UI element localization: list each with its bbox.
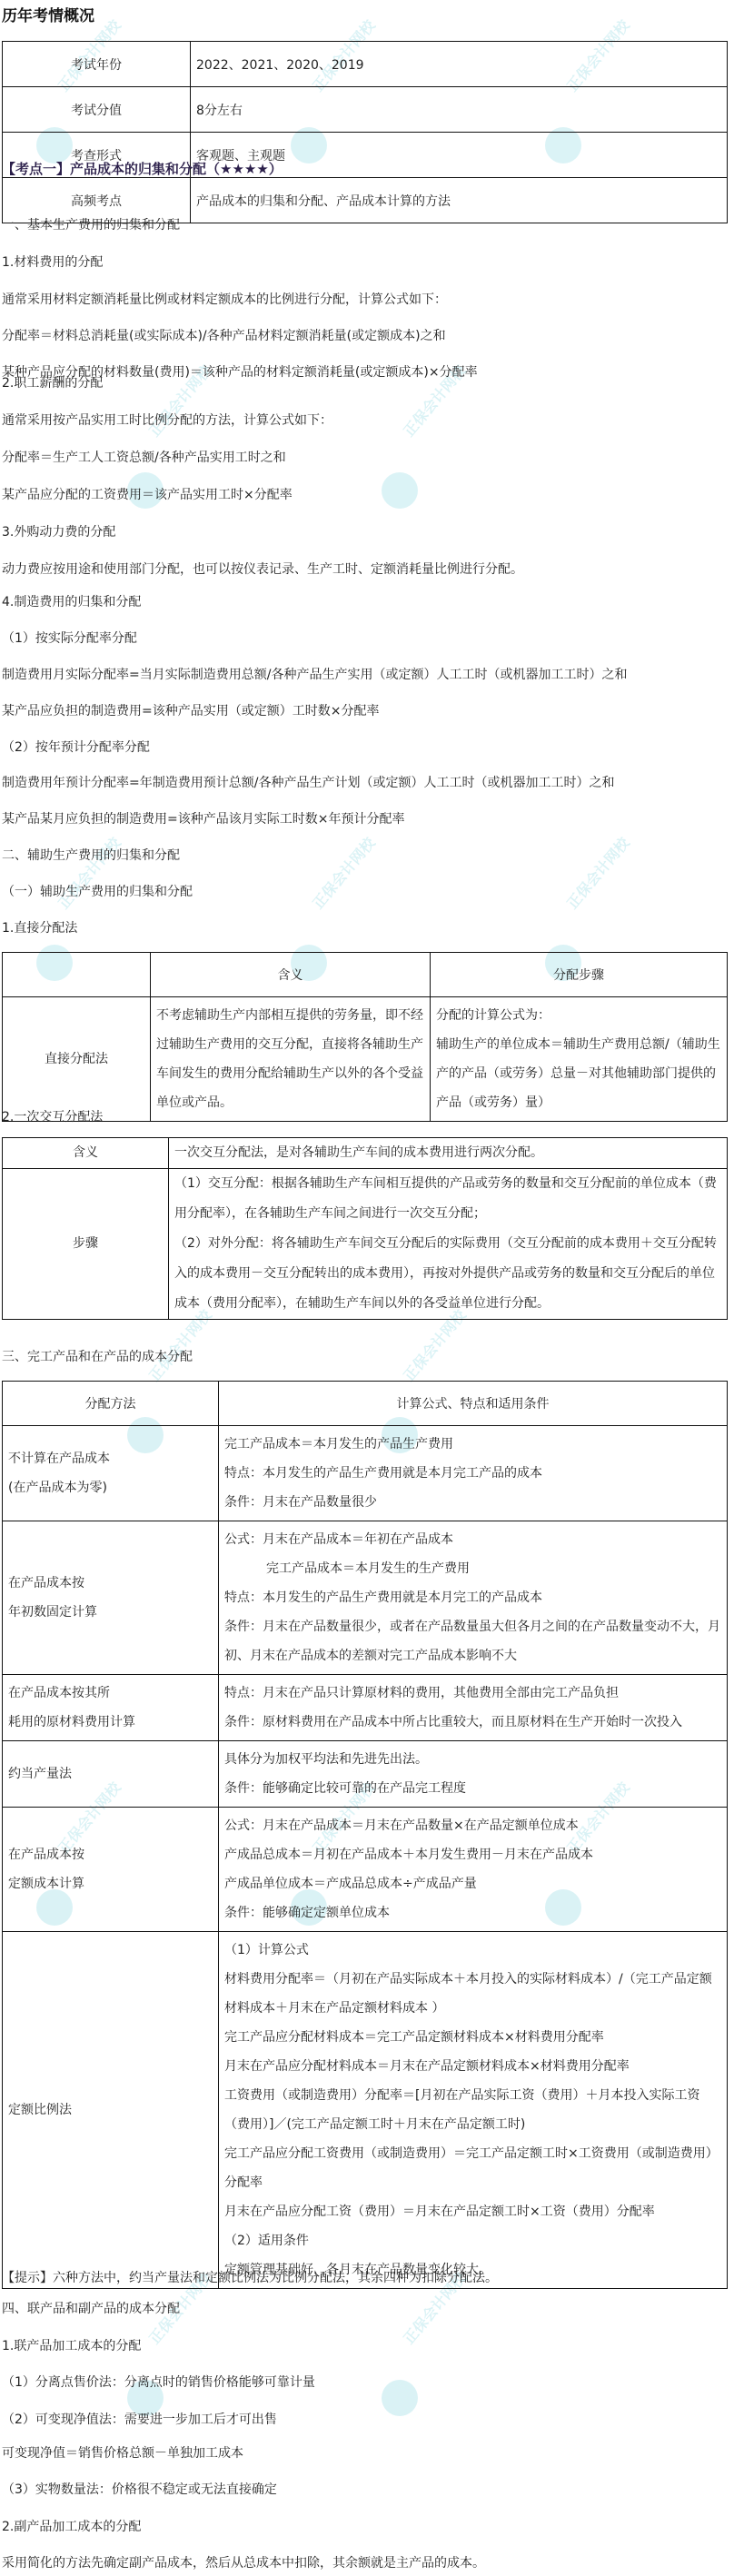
steps-line: 分配的计算公式为： [436,1001,721,1030]
paragraph: 通常采用材料定额消耗量比例或材料定额成本的比例进行分配，计算公式如下： [2,291,447,309]
overview-table: 考试年份 2022、2021、2020、2019 考试分值 8分左右 考查形式 … [2,41,728,223]
steps-line: （1）交互分配：根据各辅助生产车间相互提供的产品或劳务的数量和交互分配前的单位成… [174,1169,721,1229]
detail-line: 公式：月末在产品成本＝月末在产品数量×在产品定额单位成本 [224,1811,721,1840]
row-label: 步骤 [3,1169,169,1320]
details-cell: 公式：月末在产品成本＝年初在产品成本 完工产品成本＝本月发生的生产费用 特点：本… [219,1521,728,1675]
details-cell: 特点：月末在产品只计算原材料的费用，其他费用全部由完工产品负担 条件：原材料费用… [219,1675,728,1741]
table-row: 定额比例法 （1）计算公式 材料费用分配率＝（月初在产品实际成本＋本月投入的实际… [3,1932,728,2289]
subsection-heading: 1.材料费用的分配 [2,253,103,272]
column-header: 分配步骤 [431,953,728,997]
method-cell: 约当产量法 [3,1741,219,1808]
detail-line: 具体分为加权平均法和先进先出法。 [224,1745,721,1774]
direct-allocation-table: 含义 分配步骤 直接分配法 不考虑辅助生产内部相互提供的劳务量，即不经过辅助生产… [2,952,728,1122]
detail-line: 条件：能够确定比较可靠的在产品完工程度 [224,1774,721,1803]
table-row: 直接分配法 不考虑辅助生产内部相互提供的劳务量，即不经过辅助生产费用的交互分配，… [3,997,728,1122]
paragraph: （2）按年预计分配率分配 [2,738,150,757]
method-line: 耗用的原材料费用计算 [8,1708,213,1737]
detail-line: 条件：能够确定定额单位成本 [224,1898,721,1927]
table-row: 在产品成本按 年初数固定计算 公式：月末在产品成本＝年初在产品成本 完工产品成本… [3,1521,728,1675]
paragraph: （2）可变现净值法：需要进一步加工后才可出售 [2,2411,277,2429]
formula-line: 分配率＝生产工人工资总额/各种产品实用工时之和 [2,449,286,467]
detail-line: 特点：本月发生的产品生产费用就是本月完工产品的成本 [224,1459,721,1488]
method-line: 在产品成本按其所 [8,1679,213,1708]
table-row: 在产品成本按 定额成本计算 公式：月末在产品成本＝月末在产品数量×在产品定额单位… [3,1808,728,1932]
steps-line: 辅助生产的单位成本＝辅助生产费用总额/（辅助生产的产品（或劳务）总量－对其他辅助… [436,1030,721,1117]
detail-line: 特点：月末在产品只计算原材料的费用，其他费用全部由完工产品负担 [224,1679,721,1708]
formula-line: 某产品某月应负担的制造费用=该种产品该月实际工时数×年预计分配率 [2,810,404,828]
method-cell: 不计算在产品成本 (在产品成本为零) [3,1426,219,1521]
column-header: 含义 [151,953,431,997]
row-label: 直接分配法 [3,997,151,1122]
method-line: 在产品成本按 [8,1840,213,1869]
section-heading: 二、辅助生产费用的归集和分配 [2,847,180,865]
subsection-heading: 1.直接分配法 [2,919,77,937]
detail-line: 条件：月末在产品数量很少，或者在产品数量虽大但各月之间的在产品数量变动不大，月初… [224,1612,721,1670]
subsection-heading: 2.职工薪酬的分配 [2,374,103,392]
method-line: 定额比例法 [8,2095,213,2125]
method-line: (在产品成本为零) [8,1473,213,1502]
detail-line: 月末在产品应分配材料成本＝月末在产品定额材料成本×材料费用分配率 [224,2052,721,2081]
section-heading: 三、完工产品和在产品的成本分配 [2,1348,193,1366]
watermark-logo-icon: 正保会计网校 [382,2325,481,2425]
table-header-row: 含义 分配步骤 [3,953,728,997]
detail-line: 公式：月末在产品成本＝年初在产品成本 [224,1525,721,1554]
detail-line: （1）计算公式 [224,1936,721,1965]
detail-line: 工资费用（或制造费用）分配率＝[月初在产品实际工资（费用）＋月本投入实际工资（费… [224,2081,721,2139]
detail-line: 完工产品应分配工资费用（或制造费用）＝完工产品定额工时×工资费用（或制造费用）分… [224,2139,721,2197]
detail-line: （2）适用条件 [224,2226,721,2255]
row-label: 含义 [3,1138,169,1169]
paragraph: （1）按实际分配率分配 [2,629,137,648]
paragraph: 采用简化的方法先确定副产品成本，然后从总成本中扣除，其余额就是主产品的成本。 [2,2554,485,2572]
subsection-heading: 2.一次交互分配法 [2,1108,103,1126]
overview-key: 考试分值 [3,87,191,133]
method-line: 定额成本计算 [8,1869,213,1898]
paragraph: 动力费应按用途和使用部门分配，也可以按仪表记录、生产工时、定额消耗量比例进行分配… [2,560,523,579]
formula-line: 制造费用年预计分配率=年制造费用预计总额/各种产品生产计划（或定额）人工工时（或… [2,774,614,792]
meaning-cell: 不考虑辅助生产内部相互提供的劳务量，即不经过辅助生产费用的交互分配，直接将各辅助… [151,997,431,1122]
subsection-heading: 2.副产品加工成本的分配 [2,2518,141,2536]
paragraph: （3）实物数量法：价格很不稳定或无法直接确定 [2,2481,277,2499]
detail-line: 月末在产品应分配工资（费用）＝月末在产品定额工时×工资（费用）分配率 [224,2197,721,2226]
table-row: 含义 一次交互分配法，是对各辅助生产车间的成本费用进行两次分配。 [3,1138,728,1169]
table-header-row: 分配方法 计算公式、特点和适用条件 [3,1382,728,1426]
formula-line: 分配率＝材料总消耗量(或实际成本)/各种产品材料定额消耗量(或定额成本)之和 [2,327,446,345]
method-cell: 定额比例法 [3,1932,219,2289]
details-cell: 具体分为加权平均法和先进先出法。 条件：能够确定比较可靠的在产品完工程度 [219,1741,728,1808]
column-header [3,953,151,997]
column-header: 计算公式、特点和适用条件 [219,1382,728,1426]
table-row: 约当产量法 具体分为加权平均法和先进先出法。 条件：能够确定比较可靠的在产品完工… [3,1741,728,1808]
section-heading: 四、联产品和副产品的成本分配 [2,2300,180,2318]
steps-cell: （1）交互分配：根据各辅助生产车间相互提供的产品或劳务的数量和交互分配前的单位成… [169,1169,728,1320]
formula-line: 可变现净值＝销售价格总额－单独加工成本 [2,2444,243,2462]
details-cell: 完工产品成本＝本月发生的产品生产费用 特点：本月发生的产品生产费用就是本月完工产… [219,1426,728,1521]
overview-value: 2022、2021、2020、2019 [191,42,728,87]
details-cell: （1）计算公式 材料费用分配率＝（月初在产品实际成本＋本月投入的实际材料成本）/… [219,1932,728,2289]
detail-line: 产成品单位成本＝产成品总成本÷产成品产量 [224,1869,721,1898]
detail-line: 完工产品应分配材料成本＝完工产品定额材料成本×材料费用分配率 [224,2023,721,2052]
formula-line: 某产品应负担的制造费用=该种产品实用（或定额）工时数×分配率 [2,702,379,720]
document-page: 正保会计网校 正保会计网校 正保会计网校 正保会计网校 正保会计网校 正保会计网… [0,0,734,2576]
method-cell: 在产品成本按 年初数固定计算 [3,1521,219,1675]
method-line: 年初数固定计算 [8,1598,213,1627]
subsection-heading: 1.联产品加工成本的分配 [2,2337,141,2355]
steps-cell: 分配的计算公式为： 辅助生产的单位成本＝辅助生产费用总额/（辅助生产的产品（或劳… [431,997,728,1122]
formula-line: 制造费用月实际分配率=当月实际制造费用总额/各种产品生产实用（或定额）人工工时（… [2,666,627,684]
overview-value: 8分左右 [191,87,728,133]
column-header: 分配方法 [3,1382,219,1426]
page-title: 历年考情概况 [2,5,94,27]
cost-allocation-methods-table: 分配方法 计算公式、特点和适用条件 不计算在产品成本 (在产品成本为零) 完工产… [2,1381,728,2289]
method-line: 在产品成本按 [8,1569,213,1598]
detail-line: 完工产品成本＝本月发生的产品生产费用 [224,1430,721,1459]
method-line: 不计算在产品成本 [8,1444,213,1473]
one-time-allocation-table: 含义 一次交互分配法，是对各辅助生产车间的成本费用进行两次分配。 步骤 （1）交… [2,1137,728,1320]
key-point-heading: 【考点一】产品成本的归集和分配（★★★★） [2,159,283,179]
subsection-heading: 4.制造费用的归集和分配 [2,593,141,611]
method-cell: 在产品成本按其所 耗用的原材料费用计算 [3,1675,219,1741]
detail-line: 材料费用分配率＝（月初在产品实际成本＋本月投入的实际材料成本）/（完工产品定额材… [224,1965,721,2023]
paragraph: 通常采用按产品实用工时比例分配的方法，计算公式如下： [2,411,332,430]
paragraph: （1）分离点售价法：分离点时的销售价格能够可靠计量 [2,2373,315,2392]
details-cell: 公式：月末在产品成本＝月末在产品数量×在产品定额单位成本 产成品总成本＝月初在产… [219,1808,728,1932]
method-line: 约当产量法 [8,1759,213,1788]
subsection-heading: 3.外购动力费的分配 [2,523,115,541]
meaning-cell: 一次交互分配法，是对各辅助生产车间的成本费用进行两次分配。 [169,1138,728,1169]
detail-line: 完工产品成本＝本月发生的生产费用 [224,1554,721,1583]
table-row: 不计算在产品成本 (在产品成本为零) 完工产品成本＝本月发生的产品生产费用 特点… [3,1426,728,1521]
steps-line: （2）对外分配：将各辅助生产车间交互分配后的实际费用（交互分配前的成本费用＋交互… [174,1229,721,1319]
detail-line: 产成品总成本＝月初在产品成本＋本月发生费用－月末在产品成本 [224,1840,721,1869]
detail-line: 条件：月末在产品数量很少 [224,1488,721,1517]
table-row: 考试年份 2022、2021、2020、2019 [3,42,728,87]
watermark-logo-icon: 正保会计网校 [382,418,481,518]
formula-line: 某产品应分配的工资费用＝该产品实用工时×分配率 [2,486,293,504]
table-row: 考试分值 8分左右 [3,87,728,133]
table-row: 在产品成本按其所 耗用的原材料费用计算 特点：月末在产品只计算原材料的费用，其他… [3,1675,728,1741]
table-row: 步骤 （1）交互分配：根据各辅助生产车间相互提供的产品或劳务的数量和交互分配前的… [3,1169,728,1320]
overview-key: 考试年份 [3,42,191,87]
method-cell: 在产品成本按 定额成本计算 [3,1808,219,1932]
section-heading: 一、基本生产费用的归集和分配 [2,216,180,234]
detail-line: 特点：本月发生的产品生产费用就是本月完工的产品成本 [224,1583,721,1612]
subsection-heading: （一）辅助生产费用的归集和分配 [2,883,193,901]
detail-line: 条件：原材料费用在产品成本中所占比重较大，而且原材料在生产开始时一次投入 [224,1708,721,1737]
tip-text: 【提示】六种方法中，约当产量法和定额比例法为比例分配法，其余四种为扣除分配法。 [2,2269,498,2287]
overview-value: 产品成本的归集和分配、产品成本计算的方法 [191,178,728,223]
